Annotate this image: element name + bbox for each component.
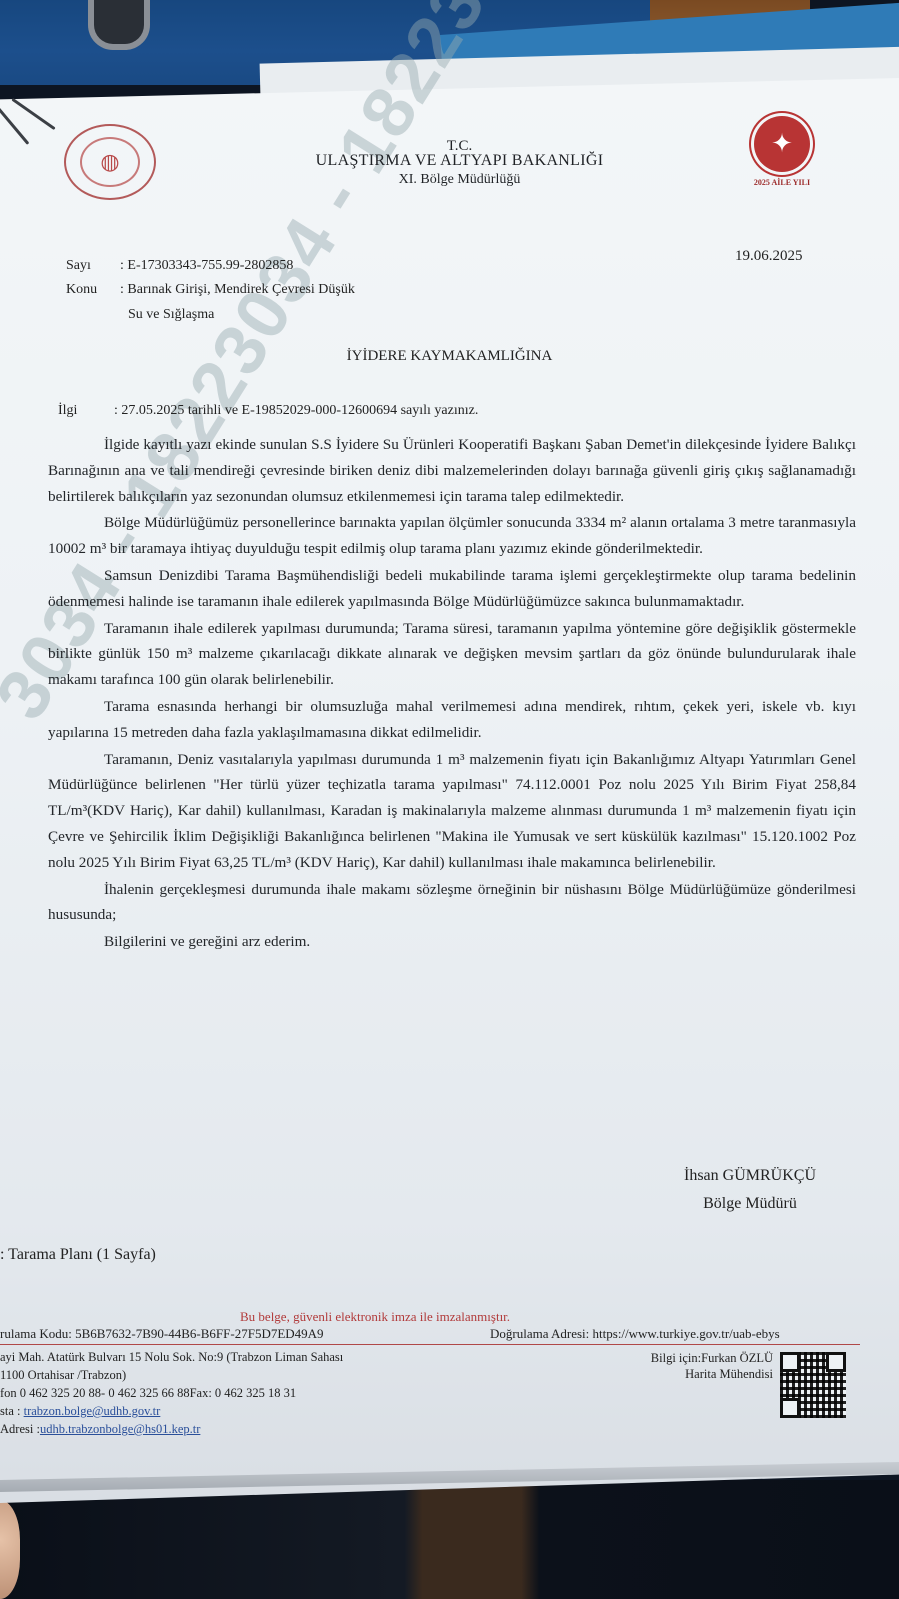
konu-value: : Barınak Girişi, Mendirek Çevresi Düşük	[120, 282, 355, 297]
verification-row: rulama Kodu: 5B6B7632-7B90-44B6-B6FF-27F…	[0, 1324, 860, 1345]
address-line1: ayi Mah. Atatürk Bulvarı 15 Nolu Sok. No…	[0, 1348, 343, 1366]
info-name: Bilgi için:Furkan ÖZLÜ	[608, 1350, 773, 1366]
family-hands-icon: ✦	[754, 116, 810, 172]
paragraph: Samsun Denizdibi Tarama Başmühendisliği …	[48, 563, 856, 615]
info-contact: Bilgi için:Furkan ÖZLÜ Harita Mühendisi	[608, 1350, 773, 1382]
attachment-line: : Tarama Planı (1 Sayfa)	[0, 1246, 156, 1264]
signer-name: İhsan GÜMRÜKÇÜ	[640, 1162, 860, 1190]
paragraph: Taramanın ihale edilerek yapılması durum…	[48, 616, 856, 693]
family-year-logo: ✦ 2025 AİLE YILI	[742, 116, 822, 196]
binder-ring	[88, 0, 150, 50]
sayi-row: Sayı: E-17303343-755.99-2802858	[66, 258, 293, 274]
addressee: İYİDERE KAYMAKAMLIĞINA	[0, 348, 899, 365]
paragraph: İlgide kayıtlı yazı ekinde sunulan S.S İ…	[48, 432, 856, 509]
email-label: sta :	[0, 1404, 20, 1418]
ilgi-value: : 27.05.2025 tarihli ve E-19852029-000-1…	[114, 403, 478, 418]
paragraph: İhalenin gerçekleşmesi durumunda ihale m…	[48, 877, 856, 929]
kep-row: Adresi :udhb.trabzonbolge@hs01.kep.tr	[0, 1420, 343, 1438]
address-line2: 1100 Ortahisar /Trabzon)	[0, 1366, 343, 1384]
kep-link[interactable]: udhb.trabzonbolge@hs01.kep.tr	[40, 1422, 200, 1436]
sayi-value: : E-17303343-755.99-2802858	[120, 258, 293, 273]
ilgi-row: İlgi: 27.05.2025 tarihli ve E-19852029-0…	[58, 403, 478, 419]
signer-title: Bölge Müdürü	[640, 1190, 860, 1218]
paragraph: Bölge Müdürlüğümüz personellerince barın…	[48, 510, 856, 562]
konu-value-line2: Su ve Sığlaşma	[128, 307, 214, 323]
konu-label: Konu	[66, 282, 120, 298]
paragraph: Tarama esnasında herhangi bir olumsuzluğ…	[48, 694, 856, 746]
email-row: sta : trabzon.bolge@udhb.gov.tr	[0, 1402, 343, 1420]
qr-code-icon[interactable]	[780, 1352, 846, 1418]
verification-code: rulama Kodu: 5B6B7632-7B90-44B6-B6FF-27F…	[0, 1326, 324, 1342]
contact-block: ayi Mah. Atatürk Bulvarı 15 Nolu Sok. No…	[0, 1348, 343, 1438]
phone-line: fon 0 462 325 20 88- 0 462 325 66 88Fax:…	[0, 1384, 343, 1402]
document-date: 19.06.2025	[735, 248, 803, 265]
e-signature-note: Bu belge, güvenli elektronik imza ile im…	[240, 1309, 510, 1325]
konu-row: Konu: Barınak Girişi, Mendirek Çevresi D…	[66, 282, 355, 298]
signature-block: İhsan GÜMRÜKÇÜ Bölge Müdürü	[640, 1162, 860, 1218]
kep-label: Adresi :	[0, 1422, 40, 1436]
email-link[interactable]: trabzon.bolge@udhb.gov.tr	[24, 1404, 161, 1418]
sayi-label: Sayı	[66, 258, 120, 274]
letter-body: İlgide kayıtlı yazı ekinde sunulan S.S İ…	[48, 432, 856, 956]
info-title: Harita Mühendisi	[608, 1366, 773, 1382]
verification-address[interactable]: Doğrulama Adresi: https://www.turkiye.go…	[490, 1326, 780, 1342]
closing-line: Bilgilerini ve gereğini arz ederim.	[48, 929, 856, 955]
ilgi-label: İlgi	[58, 403, 114, 419]
paragraph: Taramanın, Deniz vasıtalarıyla yapılması…	[48, 747, 856, 876]
family-year-caption: 2025 AİLE YILI	[742, 178, 822, 187]
